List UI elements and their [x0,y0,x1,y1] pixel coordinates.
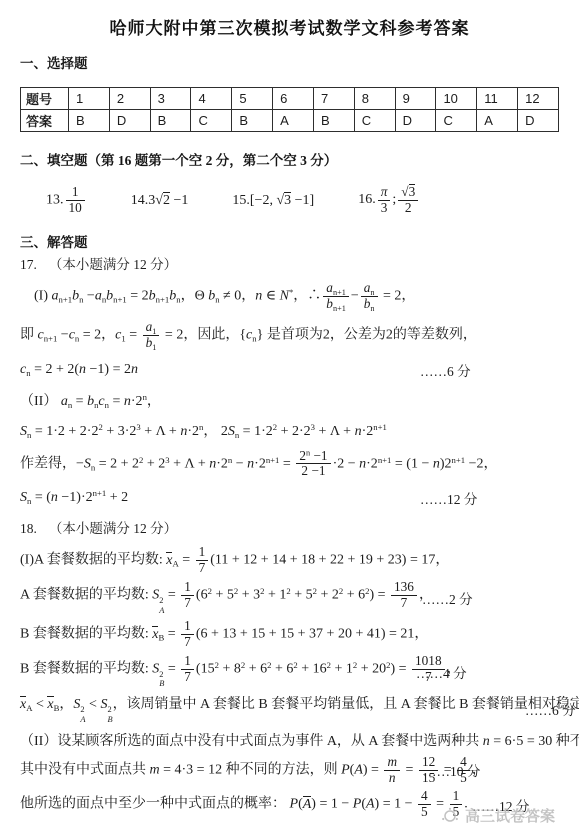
p18-step-1: (I)A 套餐数据的平均数: xA = 17(11 + 12 + 14 + 18… [20,545,559,576]
p17-step-4: （II） an = bncn = n·2n， [20,389,559,411]
problem18-header: 18.（本小题满分 12 分） [20,517,559,537]
p17-step-2: 即 cn+1 −cn = 2，c1 = a1b1 = 2，因此，{cn} 是首项… [20,320,559,351]
question-number: 3 [150,88,191,110]
p17-step-3: cn = 2 + 2(n −1) = 2n ……6 分 [20,359,559,381]
question-number: 8 [354,88,395,110]
section-choice-heading: 一、选择题 [20,52,559,72]
section-solve-heading: 三、解答题 [20,231,559,251]
number-row-header: 题号 [21,88,69,110]
answer-table: 题号 1 2 3 4 5 6 7 8 9 10 11 12 答案 B D B C… [20,87,559,132]
answer-cell: D [395,110,436,132]
problem17-solution: (I) an+1bn −anbn+1 = 2bn+1bn，Θ bn ≠ 0，n … [20,281,559,509]
problem17-header: 17.（本小题满分 12 分） [20,253,559,273]
score-marker: ……4 分 [416,662,467,682]
answer-cell: B [313,110,354,132]
score-marker: ……6 分 [420,360,471,380]
fill-answer-14: 14.3√2 −1 [131,192,189,209]
answer-cell: B [232,110,273,132]
watermark: 高三试卷答案 [441,805,555,826]
answer-cell: C [436,110,477,132]
question-number: 9 [395,88,436,110]
p18-step-4: B 套餐数据的平均数: S2B = 17(152 + 82 + 62 + 62 … [20,654,559,689]
problem17-marks-note: （本小题满分 12 分） [49,257,177,272]
p17-step-6: 作差得，−Sn = 2 + 22 + 23 + Λ + n·2n − n·2n+… [20,449,559,480]
section-fill-heading: 二、填空题（第 16 题第一个空 2 分，第二个空 3 分） [20,149,559,169]
p18-step-6: （II）设某顾客所选的面点中没有中式面点为事件 A，从 A 套餐中选两种共 n … [20,729,559,751]
answer-cell: D [109,110,150,132]
score-marker: ……6 分 [525,699,576,719]
question-number: 11 [477,88,518,110]
watermark-text: 高三试卷答案 [465,805,555,826]
answer-cell: C [191,110,232,132]
answer-cell: A [477,110,518,132]
score-marker: ……2 分 [422,588,473,608]
p17-step-5: Sn = 1·2 + 2·22 + 3·23 + Λ + n·2n， 2Sn =… [20,419,559,441]
answer-cell: B [69,110,110,132]
question-number: 6 [273,88,314,110]
question-number: 7 [313,88,354,110]
answer-cell: B [150,110,191,132]
p18-step-7: 其中没有中式面点共 m = 4·3 = 12 种不同的方法，则 P(A) = m… [20,755,559,786]
fill-answer-16: 16.π3;√32 [358,184,420,216]
score-marker: ……10 分 [423,760,480,780]
answer-table-number-row: 题号 1 2 3 4 5 6 7 8 9 10 11 12 [21,88,559,110]
p18-step-5: xA < xB，S2A < S2B，该周销量中 A 套餐比 B 套餐平均销量低，… [20,693,559,725]
problem18-solution: (I)A 套餐数据的平均数: xA = 17(11 + 12 + 14 + 18… [20,545,559,820]
question-number: 12 [518,88,559,110]
fill-answer-13: 13.110 [46,185,87,216]
question-number: 4 [191,88,232,110]
answer-cell: D [518,110,559,132]
question-number: 2 [109,88,150,110]
problem17-number: 17. [20,257,37,272]
p17-step-7: Sn = (n −1)·2n+1 + 2 ……12 分 [20,487,559,509]
document-page: 哈师大附中第三次模拟考试数学文科参考答案 一、选择题 题号 1 2 3 4 5 … [0,0,579,834]
document-title: 哈师大附中第三次模拟考试数学文科参考答案 [20,14,559,39]
question-number: 1 [69,88,110,110]
answer-row-header: 答案 [21,110,69,132]
problem18-number: 18. [20,521,37,536]
problem18-marks-note: （本小题满分 12 分） [49,521,177,536]
question-number: 10 [436,88,477,110]
answer-cell: A [273,110,314,132]
question-number: 5 [232,88,273,110]
fill-answer-15: 15.[−2, √3 −1] [232,192,314,209]
p18-step-2: A 套餐数据的平均数: S2A = 17(62 + 52 + 32 + 12 +… [20,580,559,615]
p18-step-3: B 套餐数据的平均数: xB = 17(6 + 13 + 15 + 15 + 3… [20,619,559,650]
p17-step-1: (I) an+1bn −anbn+1 = 2bn+1bn，Θ bn ≠ 0，n … [20,281,559,312]
answer-table-answer-row: 答案 B D B C B A B C D C A D [21,110,559,132]
score-marker: ……12 分 [420,488,477,508]
fill-answers-row: 13.110 14.3√2 −1 15.[−2, √3 −1] 16.π3;√3… [46,179,559,221]
watermark-logo-icon [441,807,459,825]
answer-cell: C [354,110,395,132]
